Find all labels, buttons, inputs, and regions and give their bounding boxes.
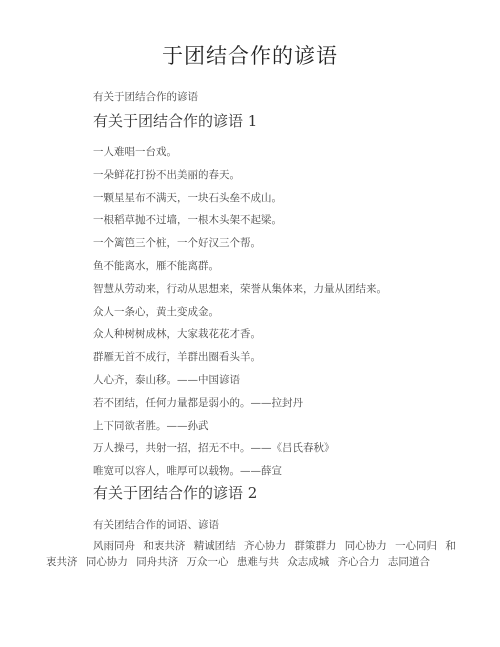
- proverb-item: 上下同欲者胜。——孙武: [93, 420, 387, 443]
- idiom-word: 万众一心: [187, 556, 229, 568]
- section-heading-1: 有关于团结合作的谚语 1: [93, 110, 257, 131]
- proverb-item: 一颗星星布不满天，一块石头垒不成山。: [93, 192, 387, 215]
- proverb-list: 一人难唱一台戏。 一朵鲜花打扮不出美丽的春天。 一颗星星布不满天，一块石头垒不成…: [93, 146, 387, 488]
- proverb-item: 万人操弓，共射一招，招无不中。——《吕氏春秋》: [93, 442, 387, 465]
- proverb-item: 人心齐，泰山移。——中国谚语: [93, 374, 387, 397]
- proverb-item: 众人种树树成林，大家栽花花才香。: [93, 328, 387, 351]
- idiom-word: 患难与共: [237, 556, 279, 568]
- document-subtitle: 有关于团结合作的谚语: [93, 89, 198, 104]
- idiom-word: 风雨同舟: [93, 540, 135, 552]
- proverb-item: 一人难唱一台戏。: [93, 146, 387, 169]
- proverb-item: 若不团结，任何力量都是弱小的。——拉封丹: [93, 397, 387, 420]
- section-intro: 有关团结合作的词语、谚语: [93, 517, 219, 532]
- proverb-item: 群雁无首不成行，羊群出圈看头羊。: [93, 351, 387, 374]
- document-page: 于团结合作的谚语 有关于团结合作的谚语 有关于团结合作的谚语 1 一人难唱一台戏…: [0, 0, 500, 647]
- proverb-item: 智慧从劳动来，行动从思想来，荣誉从集体来，力量从团结来。: [93, 283, 387, 306]
- idiom-word: 齐心合力: [338, 556, 380, 568]
- idiom-word-list: 风雨同舟 和衷共济 精诚团结 齐心协力 群策群力 同心协力 一心同归 和衷共济 …: [46, 538, 466, 570]
- idiom-word: 齐心协力: [244, 540, 286, 552]
- idiom-word: 志同道合: [388, 556, 430, 568]
- idiom-word: 同心协力: [86, 556, 128, 568]
- proverb-item: 众人一条心，黄土变成金。: [93, 306, 387, 329]
- section-heading-2: 有关于团结合作的谚语 2: [93, 482, 257, 503]
- proverb-item: 鱼不能离水，雁不能离群。: [93, 260, 387, 283]
- idiom-word: 和衷共济: [143, 540, 185, 552]
- proverb-item: 一朵鲜花打扮不出美丽的春天。: [93, 169, 387, 192]
- idiom-word: 同心协力: [345, 540, 387, 552]
- document-title: 于团结合作的谚语: [0, 40, 500, 70]
- proverb-item: 一根稻草抛不过墙，一根木头架不起梁。: [93, 214, 387, 237]
- idiom-word: 群策群力: [294, 540, 336, 552]
- idiom-word: 众志成城: [287, 556, 329, 568]
- proverb-item: 一个篱笆三个桩，一个好汉三个帮。: [93, 237, 387, 260]
- idiom-word: 一心同归: [395, 540, 437, 552]
- idiom-word: 精诚团结: [194, 540, 236, 552]
- idiom-word: 同舟共济: [136, 556, 178, 568]
